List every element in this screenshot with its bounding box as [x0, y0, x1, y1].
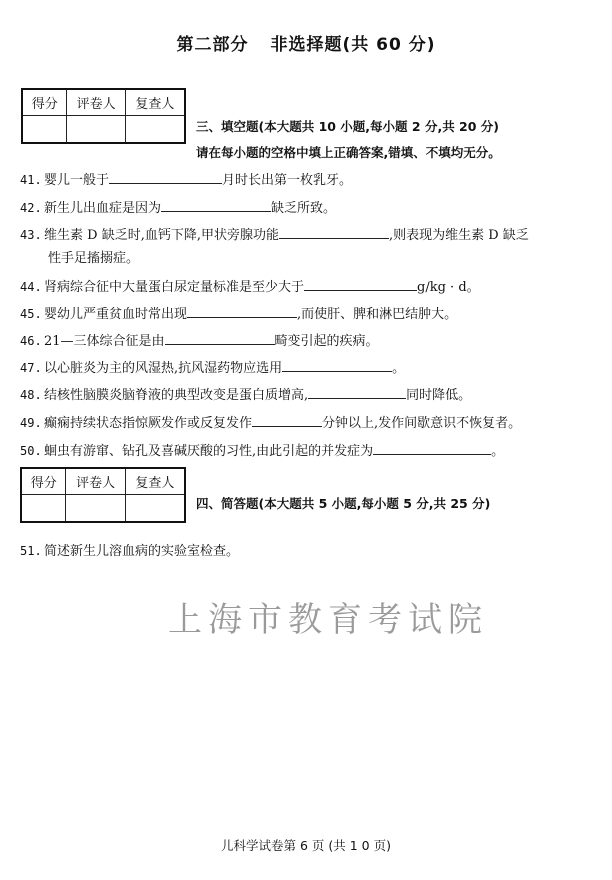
- question-46: 46.21—三体综合征是由畸变引起的疾病。: [20, 331, 379, 350]
- question-47: 47.以心脏炎为主的风湿热,抗风湿药物应选用。: [20, 358, 405, 377]
- grader-cell[interactable]: [66, 495, 125, 523]
- answer-blank[interactable]: [252, 413, 322, 427]
- reviewer-header: 复查人: [125, 468, 185, 495]
- reviewer-header: 复查人: [125, 89, 185, 116]
- page-title: 第二部分非选择题(共 60 分): [0, 30, 612, 55]
- section3-title: 三、填空题(本大题共 10 小题,每小题 2 分,共 20 分): [196, 117, 499, 135]
- answer-blank[interactable]: [308, 385, 406, 399]
- answer-blank[interactable]: [187, 304, 297, 318]
- reviewer-cell[interactable]: [125, 116, 185, 144]
- answer-blank[interactable]: [282, 358, 392, 372]
- reviewer-cell[interactable]: [125, 495, 185, 523]
- answer-blank[interactable]: [279, 225, 389, 239]
- grader-header: 评卷人: [67, 89, 125, 116]
- section4-title: 四、简答题(本大题共 5 小题,每小题 5 分,共 25 分): [196, 494, 490, 512]
- grader-header: 评卷人: [66, 468, 125, 495]
- question-43-continuation: 性手足搐搦症。: [48, 251, 139, 267]
- answer-blank[interactable]: [161, 198, 271, 212]
- score-header: 得分: [22, 89, 67, 116]
- question-48: 48.结核性脑膜炎脑脊液的典型改变是蛋白质增高,同时降低。: [20, 385, 471, 404]
- grader-cell[interactable]: [67, 116, 125, 144]
- score-header: 得分: [21, 468, 66, 495]
- section-title: 非选择题(共 60 分): [270, 35, 435, 55]
- score-table-section4: 得分 评卷人 复查人: [20, 467, 186, 523]
- question-51: 51.简述新生儿溶血病的实验室检查。: [20, 543, 239, 560]
- score-cell[interactable]: [21, 495, 66, 523]
- question-44: 44.肾病综合征中大量蛋白尿定量标准是至少大于g/kg · d。: [20, 277, 480, 296]
- answer-blank[interactable]: [304, 277, 417, 291]
- question-50: 50.蛔虫有游窜、钻孔及喜碱厌酸的习性,由此引起的并发症为。: [20, 441, 504, 460]
- answer-blank[interactable]: [165, 331, 275, 345]
- section3-instruction: 请在每小题的空格中填上正确答案,错填、不填均无分。: [196, 143, 501, 161]
- part-label: 第二部分: [176, 35, 248, 55]
- question-42: 42.新生儿出血症是因为缺乏所致。: [20, 198, 336, 217]
- question-41: 41.婴儿一般于月时长出第一枚乳牙。: [20, 170, 352, 189]
- score-table-section3: 得分 评卷人 复查人: [21, 88, 186, 144]
- question-45: 45.婴幼儿严重贫血时常出现,而使肝、脾和淋巴结肿大。: [20, 304, 457, 323]
- answer-blank[interactable]: [109, 170, 222, 184]
- question-43: 43.维生素 D 缺乏时,血钙下降,甲状旁腺功能,则表现为维生素 D 缺乏: [20, 225, 529, 244]
- score-cell[interactable]: [22, 116, 67, 144]
- question-49: 49.癫痫持续状态指惊厥发作或反复发作分钟以上,发作间歇意识不恢复者。: [20, 413, 521, 432]
- answer-blank[interactable]: [373, 441, 491, 455]
- watermark: 上海市教育考试院: [168, 592, 488, 641]
- page-footer: 儿科学试卷第 6 页 (共 1 0 页): [0, 836, 612, 854]
